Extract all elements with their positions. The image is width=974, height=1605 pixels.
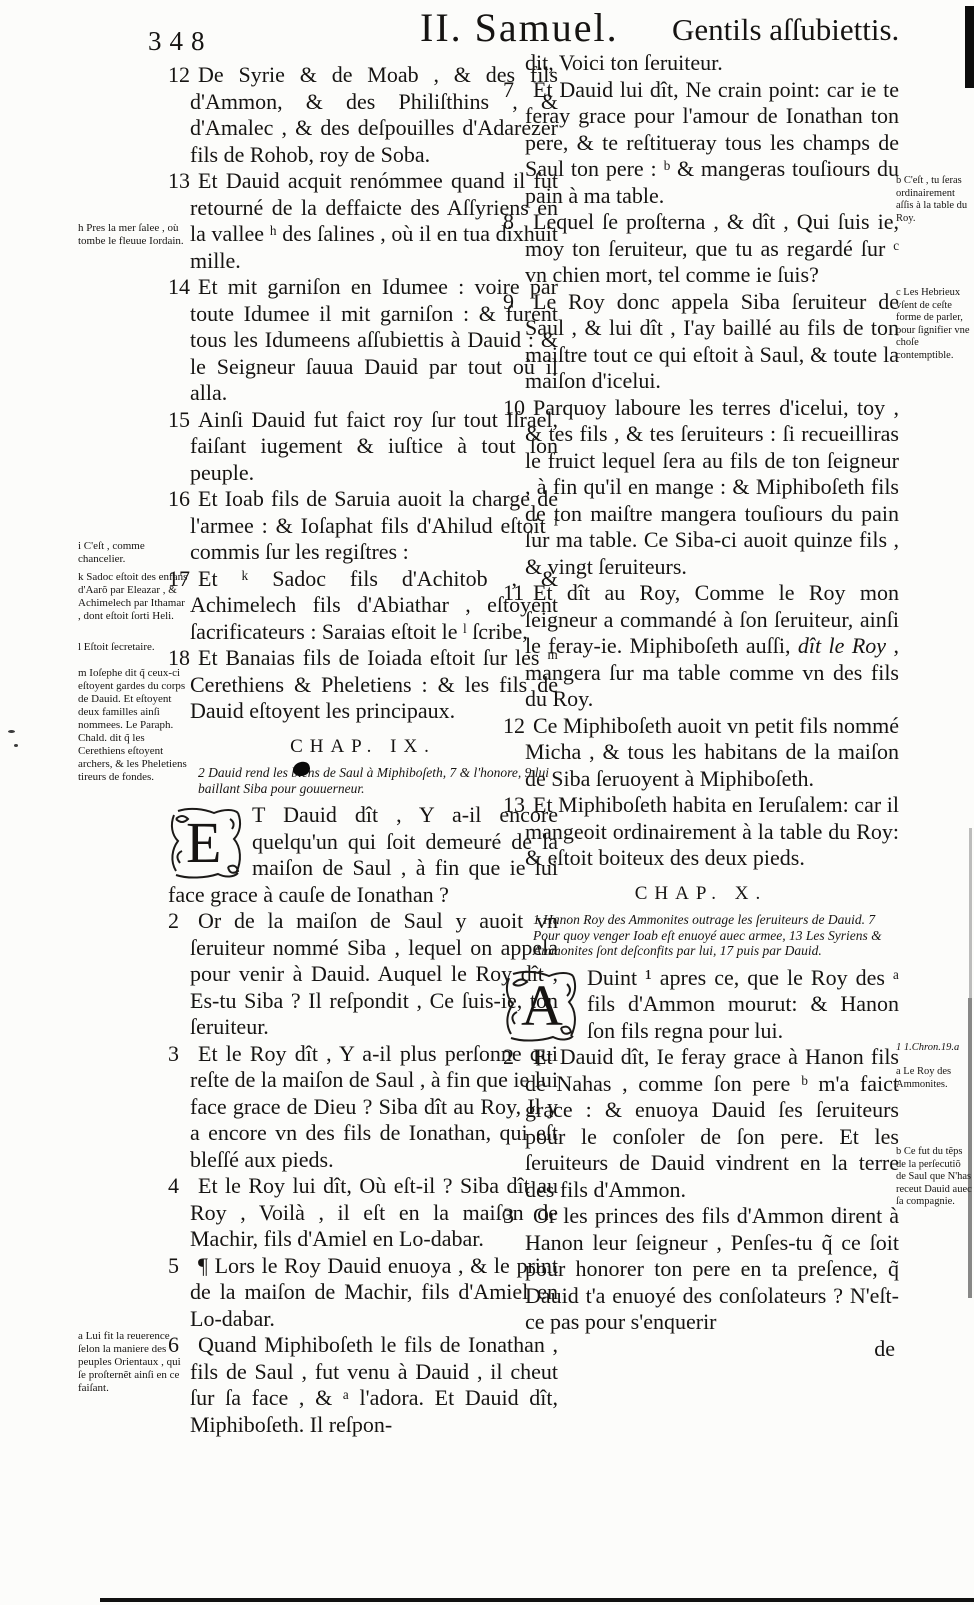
chapter-9-opening-paragraph: E T Dauid dît , Y a-il encore quelqu'un …	[168, 802, 558, 908]
verse-8-15: 15Ainſi Dauid fut faict roy ſur tout Iſr…	[168, 407, 558, 487]
ornate-initial-a: A	[503, 968, 579, 1044]
verse-text: Parquoy laboure les terres d'icelui, toy…	[525, 395, 899, 579]
verse-10-2: 2Et Dauid dît, Ie feray grace à Hanon fi…	[503, 1044, 899, 1203]
dropcap-letter: E	[186, 807, 221, 879]
margin-note-c: c Les Hebrieux vſent de ceſte forme de p…	[896, 287, 972, 362]
verse-number: 3	[503, 1203, 533, 1230]
verse-number: 11	[503, 580, 533, 607]
verse-9-9: 9Le Roy donc appela Siba ſeruiteur de Sa…	[503, 289, 899, 395]
verse-number: 6	[168, 1332, 198, 1359]
verse-number: 2	[168, 908, 198, 935]
verse-text: Lequel ſe proſterna , & dît , Qui ſuis i…	[525, 209, 899, 287]
verse-number: 16	[168, 486, 198, 513]
verse-8-12: 12De Syrie & de Moab , & des fils d'Ammo…	[168, 62, 558, 168]
verse-10-3: 3Or les princes des fils d'Ammon dirent …	[503, 1203, 899, 1336]
verse-9-6-continuation: dit, Voici ton ſeruiteur.	[503, 50, 899, 77]
catchword: de	[503, 1336, 899, 1363]
verse-text: Le Roy donc appela Siba ſeruiteur de Sau…	[525, 289, 899, 394]
verse-9-10: 10Parquoy laboure les terres d'icelui, t…	[503, 395, 899, 581]
right-text-column: dit, Voici ton ſeruiteur. 7Et Dauid lui …	[503, 50, 899, 1362]
verse-text: Or les princes des fils d'Ammon dirent à…	[525, 1203, 899, 1334]
verse-number: 13	[503, 792, 533, 819]
verse-number: 3	[168, 1041, 198, 1068]
page-number: 348	[148, 26, 213, 57]
verse-8-13: 13Et Dauid acquit renómmee quand il fut …	[168, 168, 558, 274]
verse-9-13: 13Et Miphiboſeth habita en Ieruſalem: ca…	[503, 792, 899, 872]
chapter-10-opening-paragraph: A Duint ¹ apres ce, que le Roy des ᵃ fil…	[503, 965, 899, 1045]
verse-8-14: 14Et mit garniſon en Idumee : voire par …	[168, 274, 558, 407]
ink-speck	[8, 730, 15, 733]
verse-8-18: 18Et Banaias fils de Ioiada eſtoit ſur l…	[168, 645, 558, 725]
margin-note-a-right: a Le Roy des Ammonites.	[896, 1066, 972, 1091]
verse-number: 8	[503, 209, 533, 236]
running-header-right: Gentils aſſubiettis.	[672, 12, 899, 48]
scan-edge-bar	[965, 6, 974, 88]
left-text-column: 12De Syrie & de Moab , & des fils d'Ammo…	[168, 62, 558, 1438]
chapter-9-heading: CHAP. IX.	[168, 734, 558, 761]
verse-text: Et Dauid lui dît, Ne crain point: car ie…	[525, 77, 899, 208]
verse-number: 14	[168, 274, 198, 301]
chapter-10-heading: CHAP. X.	[503, 881, 899, 908]
verse-number: 5	[168, 1253, 198, 1280]
scan-edge-line	[968, 998, 972, 1298]
verse-number: 13	[168, 168, 198, 195]
verse-9-12: 12Ce Miphiboſeth auoit vn petit fils nom…	[503, 713, 899, 793]
verse-number: 4	[168, 1173, 198, 1200]
margin-note-cross-reference: 1 1.Chron.19.a	[896, 1042, 972, 1055]
verse-8-17: 17Et ᵏ Sadoc fils d'Achitob , & Achimele…	[168, 566, 558, 646]
scanned-bible-page: 348 II. Samuel. Gentils aſſubiettis. h P…	[0, 0, 974, 1605]
verse-number: 10	[503, 395, 533, 422]
verse-number: 17	[168, 566, 198, 593]
margin-note-b-right: b Ce fut du tẽps de la perſecutiõ de Sau…	[896, 1146, 972, 1209]
inline-italic: dît le Roy	[798, 633, 886, 658]
verse-9-3: 3Et le Roy dît , Y a-il plus perſonne qu…	[168, 1041, 558, 1174]
verse-9-7: 7Et Dauid lui dît, Ne crain point: car i…	[503, 77, 899, 210]
verse-number: 2	[503, 1044, 533, 1071]
chapter-9-summary: 2 Dauid rend les biens de Saul à Miphibo…	[198, 765, 552, 796]
chapter-10-summary: 1 Hanon Roy des Ammonites outrage les ſe…	[533, 912, 893, 959]
ink-speck	[14, 744, 18, 747]
verse-text: Et Dauid dît, Ie feray grace à Hanon fil…	[525, 1044, 899, 1202]
opening-text: Duint ¹ apres ce, que le Roy des ᵃ fils …	[587, 965, 899, 1043]
verse-number: 7	[503, 77, 533, 104]
verse-9-6: 6Quand Miphiboſeth le fils de Ionathan ,…	[168, 1332, 558, 1438]
verse-9-5: 5¶ Lors le Roy Dauid enuoya , & le print…	[168, 1253, 558, 1333]
verse-number: 12	[503, 713, 533, 740]
ornate-initial-e: E	[168, 805, 244, 881]
verse-text: Ce Miphiboſeth auoit vn petit fils nommé…	[525, 713, 899, 791]
verse-number: 9	[503, 289, 533, 316]
scan-bottom-rule	[100, 1598, 974, 1602]
verse-9-4: 4Et le Roy lui dît, Où eſt-il ? Siba dît…	[168, 1173, 558, 1253]
verse-number: 18	[168, 645, 198, 672]
verse-9-2: 2Or de la maiſon de Saul y auoit vn ſeru…	[168, 908, 558, 1041]
verse-9-11: 11Et dît au Roy, Comme le Roy mon ſeigne…	[503, 580, 899, 713]
running-title: II. Samuel.	[420, 4, 619, 51]
dropcap-letter: A	[521, 970, 563, 1042]
verse-9-8: 8Lequel ſe proſterna , & dît , Qui ſuis …	[503, 209, 899, 289]
verse-number: 12	[168, 62, 198, 89]
margin-note-b: b C'eſt , tu ſeras ordinairement aſſis à…	[896, 175, 972, 225]
verse-text: Et Miphiboſeth habita en Ieruſalem: car …	[525, 792, 899, 870]
verse-8-16: 16Et Ioab fils de Saruia auoit la charge…	[168, 486, 558, 566]
scan-edge-line	[969, 828, 972, 998]
verse-number: 15	[168, 407, 198, 434]
